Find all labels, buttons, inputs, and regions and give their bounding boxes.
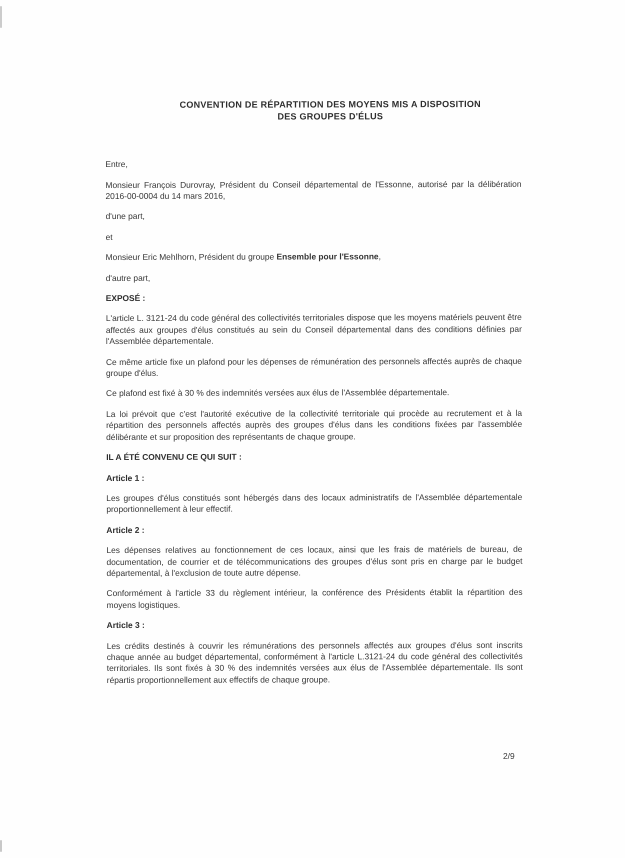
expose-paragraph-3: Ce plafond est fixé à 30 % des indemnité… xyxy=(106,387,522,399)
scanned-document-page: CONVENTION DE RÉPARTITION DES MOYENS MIS… xyxy=(0,0,625,858)
party-first-closing: d'une part, xyxy=(106,210,522,222)
party-second-prefix: Monsieur Eric Mehlhorn, Président du gro… xyxy=(106,252,277,262)
article-1-heading: Article 1 : xyxy=(106,471,522,483)
party-second-paragraph: Monsieur Eric Mehlhorn, Président du gro… xyxy=(106,251,522,263)
party-first-paragraph: Monsieur François Durovray, Président du… xyxy=(105,179,521,203)
article-2-paragraph-2: Conformément à l'article 33 du règlement… xyxy=(107,587,523,611)
party-second-suffix: , xyxy=(379,251,381,261)
agreement-heading: IL A ÉTÉ CONVENU CE QUI SUIT : xyxy=(106,451,522,463)
expose-paragraph-4: La loi prévoit que c'est l'autorité exéc… xyxy=(106,408,522,443)
party-intro-entre: Entre, xyxy=(105,158,521,170)
document-content: CONVENTION DE RÉPARTITION DES MOYENS MIS… xyxy=(105,0,523,695)
article-2-paragraph-1: Les dépenses relatives au fonctionnement… xyxy=(106,544,522,579)
expose-paragraph-2: Ce même article fixe un plafond pour les… xyxy=(106,356,522,380)
expose-paragraph-1: L'article L. 3121-24 du code général des… xyxy=(106,312,522,347)
party-conjunction: et xyxy=(106,231,522,243)
article-3-paragraph-1: Les crédits destinés à couvrir les rémun… xyxy=(107,639,523,686)
article-1-paragraph-1: Les groupes d'élus constitués sont héber… xyxy=(106,492,522,516)
scan-artifact-left-edge-top xyxy=(0,6,2,28)
title-line-2: DES GROUPES D'ÉLUS xyxy=(122,110,538,123)
expose-heading: EXPOSÉ : xyxy=(106,292,522,304)
title-line-1: CONVENTION DE RÉPARTITION DES MOYENS MIS… xyxy=(122,99,538,112)
document-title: CONVENTION DE RÉPARTITION DES MOYENS MIS… xyxy=(122,99,538,123)
party-second-closing: d'autre part, xyxy=(106,272,522,284)
article-2-heading: Article 2 : xyxy=(106,524,522,536)
page-number: 2/9 xyxy=(503,751,515,761)
group-name: Ensemble pour l'Essonne xyxy=(277,252,379,262)
scan-artifact-left-edge-bottom xyxy=(0,840,2,852)
article-3-heading: Article 3 : xyxy=(107,619,523,631)
